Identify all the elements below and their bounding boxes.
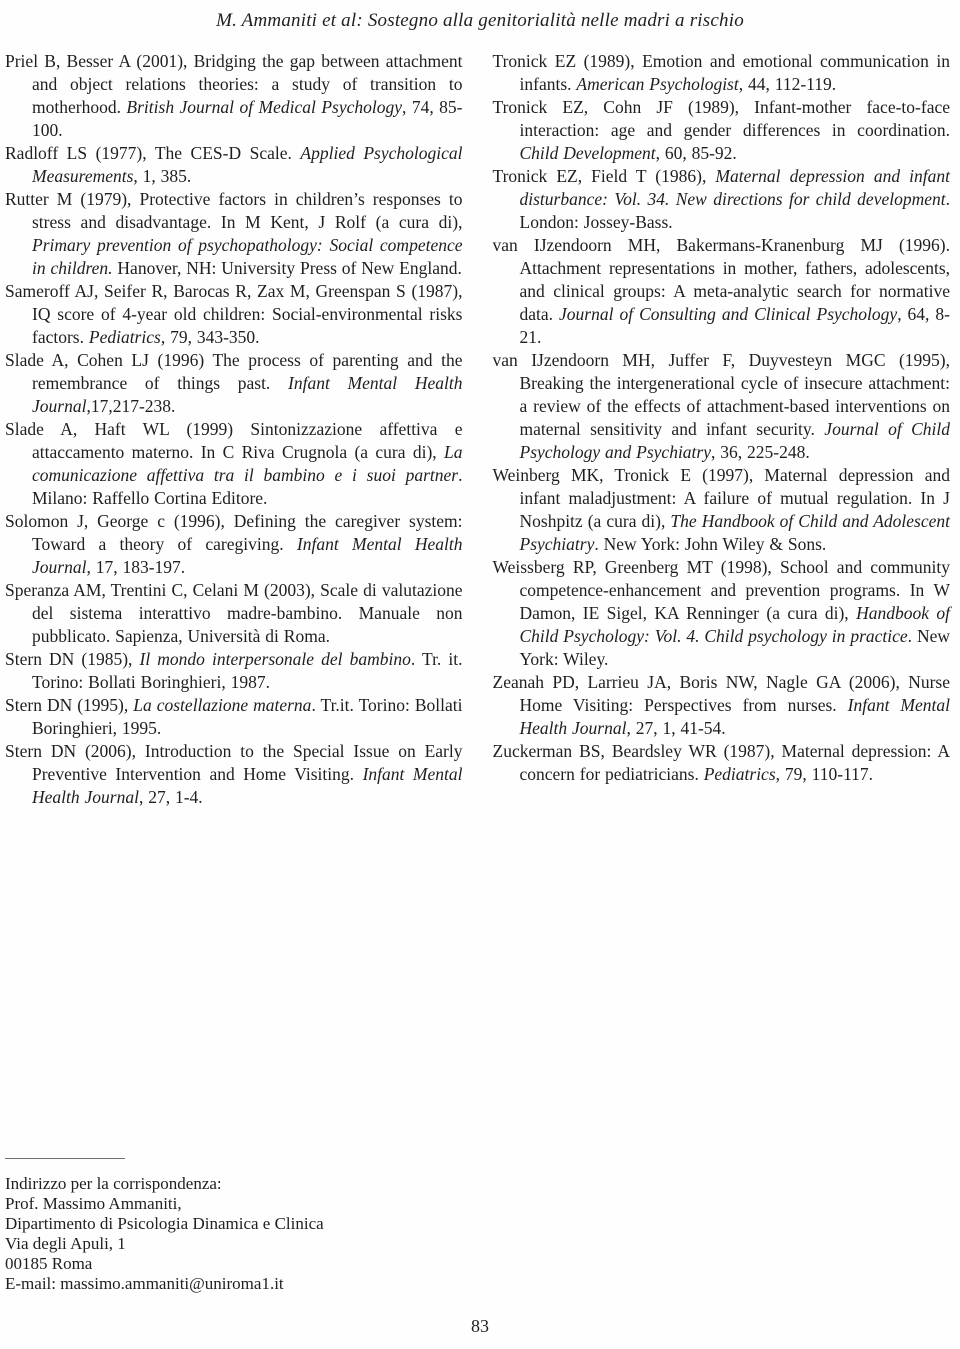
reference-title-italic: Pediatrics [704, 764, 776, 784]
correspondence-line-email: E-mail: massimo.ammaniti@uniroma1.it [5, 1274, 324, 1294]
reference-item: Stern DN (1995), La costellazione matern… [5, 694, 463, 740]
correspondence-line-city: 00185 Roma [5, 1254, 324, 1274]
reference-text: , 79, 110-117. [776, 764, 873, 784]
reference-text: , 27, 1, 41-54. [626, 718, 725, 738]
reference-item: Zuckerman BS, Beardsley WR (1987), Mater… [493, 740, 951, 786]
reference-item: Weinberg MK, Tronick E (1997), Maternal … [493, 464, 951, 556]
correspondence-line-street: Via degli Apuli, 1 [5, 1234, 324, 1254]
reference-text: , 60, 85-92. [656, 143, 737, 163]
reference-item: Weissberg RP, Greenberg MT (1998), Schoo… [493, 556, 951, 671]
reference-text: , 79, 343-350. [161, 327, 260, 347]
reference-title-italic: Il mondo interpersonale del bambino [140, 649, 411, 669]
correspondence-divider [5, 1158, 125, 1159]
reference-item: Sameroff AJ, Seifer R, Barocas R, Zax M,… [5, 280, 463, 349]
reference-text: Hanover, NH: University Press of New Eng… [113, 258, 462, 278]
running-head: M. Ammaniti et al: Sostegno alla genitor… [0, 10, 960, 32]
correspondence-line-heading: Indirizzo per la corrispondenza: [5, 1174, 324, 1194]
correspondence-line-name: Prof. Massimo Ammaniti, [5, 1194, 324, 1214]
reference-item: Tronick EZ, Field T (1986), Maternal dep… [493, 165, 951, 234]
reference-title-italic: La costellazione materna [133, 695, 311, 715]
reference-text: Rutter M (1979), Protective factors in c… [5, 189, 463, 232]
reference-item: Slade A, Cohen LJ (1996) The process of … [5, 349, 463, 418]
reference-title-italic: American Psychologist [576, 74, 738, 94]
reference-text: . New York: John Wiley & Sons. [594, 534, 826, 554]
reference-item: Priel B, Besser A (2001), Bridging the g… [5, 50, 463, 142]
references-column-right: Tronick EZ (1989), Emotion and emotional… [493, 50, 951, 809]
reference-item: Tronick EZ, Cohn JF (1989), Infant-mothe… [493, 96, 951, 165]
reference-item: Stern DN (2006), Introduction to the Spe… [5, 740, 463, 809]
reference-title-italic: Journal of Consulting and Clinical Psych… [559, 304, 897, 324]
reference-item: Tronick EZ (1989), Emotion and emotional… [493, 50, 951, 96]
reference-item: Zeanah PD, Larrieu JA, Boris NW, Nagle G… [493, 671, 951, 740]
reference-item: Stern DN (1985), Il mondo interpersonale… [5, 648, 463, 694]
reference-text: , 44, 112-119. [739, 74, 836, 94]
document-page: M. Ammaniti et al: Sostegno alla genitor… [0, 0, 960, 1349]
reference-title-italic: Child Development [520, 143, 656, 163]
correspondence-line-department: Dipartimento di Psicologia Dinamica e Cl… [5, 1214, 324, 1234]
reference-item: Speranza AM, Trentini C, Celani M (2003)… [5, 579, 463, 648]
reference-text: , 1, 385. [133, 166, 191, 186]
reference-text: Stern DN (1985), [5, 649, 140, 669]
reference-text: Radloff LS (1977), The CES-D Scale. [5, 143, 300, 163]
reference-item: van IJzendoorn MH, Bakermans-Kranenburg … [493, 234, 951, 349]
reference-title-italic: Pediatrics [89, 327, 161, 347]
reference-item: Rutter M (1979), Protective factors in c… [5, 188, 463, 280]
reference-text: Tronick EZ, Field T (1986), [493, 166, 716, 186]
reference-text: ,17,217-238. [86, 396, 175, 416]
reference-item: Solomon J, George c (1996), Defining the… [5, 510, 463, 579]
reference-text: , 27, 1-4. [139, 787, 203, 807]
reference-title-italic: British Journal of Medical Psychology [126, 97, 402, 117]
reference-text: Speranza AM, Trentini C, Celani M (2003)… [5, 580, 463, 646]
references-section: Priel B, Besser A (2001), Bridging the g… [5, 50, 950, 809]
references-column-left: Priel B, Besser A (2001), Bridging the g… [5, 50, 463, 809]
reference-item: Radloff LS (1977), The CES-D Scale. Appl… [5, 142, 463, 188]
page-number: 83 [0, 1316, 960, 1337]
correspondence-block: Indirizzo per la corrispondenza: Prof. M… [5, 1158, 324, 1294]
reference-item: Slade A, Haft WL (1999) Sintonizzazione … [5, 418, 463, 510]
reference-text: , 36, 225-248. [711, 442, 810, 462]
reference-item: van IJzendoorn MH, Juffer F, Duyvesteyn … [493, 349, 951, 464]
reference-text: Slade A, Haft WL (1999) Sintonizzazione … [5, 419, 463, 462]
reference-text: , 17, 183-197. [86, 557, 185, 577]
reference-text: Stern DN (1995), [5, 695, 133, 715]
reference-text: Tronick EZ, Cohn JF (1989), Infant-mothe… [493, 97, 951, 140]
